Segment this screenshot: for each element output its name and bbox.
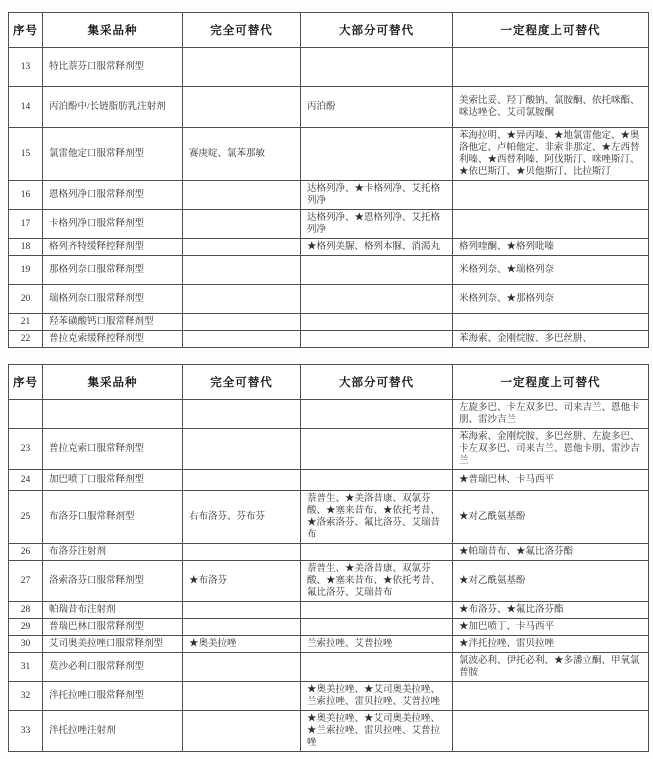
cell-full <box>183 682 301 711</box>
table-row: 28帕瑞昔布注射剂★布洛芬、★氟比洛芬酯 <box>9 602 649 619</box>
cell-full <box>183 285 301 314</box>
cell-some: ★对乙酰氨基酚 <box>453 561 649 602</box>
cell-some: 苯海索、金刚烷胺、多巴丝肼、 <box>453 331 649 348</box>
cell-most: 萘普生、★美洛昔康、双氯芬酸、★塞来昔布、★依托考昔、氟比洛芬、艾瑞昔布 <box>301 561 453 602</box>
column-header-no: 序号 <box>9 13 43 48</box>
cell-no: 17 <box>9 210 43 239</box>
cell-no: 19 <box>9 256 43 285</box>
cell-no: 32 <box>9 682 43 711</box>
table-row: 17卡格列净口服常释剂型达格列净、★恩格列净、艾托格列净 <box>9 210 649 239</box>
document-page: 序号集采品种完全可替代大部分可替代一定程度上可替代13特比萘芬口服常释剂型14丙… <box>0 0 653 759</box>
cell-full <box>183 256 301 285</box>
cell-full <box>183 653 301 682</box>
cell-some: 美索比妥、羟丁酸钠、氯胺酮、依托咪酯、咪达唑仑、艾司氯胺酮 <box>453 87 649 128</box>
table-row: 31莫沙必利口服常释剂型氯波必利、伊托必利、★多潘立酮、甲氧氯普胺 <box>9 653 649 682</box>
table-row: 18格列齐特缓释控释剂型★格列美脲、格列本脲、消渴丸格列喹酮、★格列吡嗪 <box>9 239 649 256</box>
cell-variety: 氯雷他定口服常释剂型 <box>43 128 183 181</box>
cell-most: 萘普生、★美洛昔康、双氯芬酸、★塞来昔布、★依托考昔、★洛索洛芬、氟比洛芬、艾瑞… <box>301 491 453 544</box>
column-header-most: 大部分可替代 <box>301 365 453 400</box>
cell-some: ★对乙酰氨基酚 <box>453 491 649 544</box>
cell-no: 20 <box>9 285 43 314</box>
cell-most <box>301 400 453 429</box>
cell-some: 左旋多巴、卡左双多巴、司来吉兰、恩他卡朋、雷沙吉兰 <box>453 400 649 429</box>
cell-some: ★普瑞巴林、卡马西平 <box>453 470 649 491</box>
cell-some: 格列喹酮、★格列吡嗪 <box>453 239 649 256</box>
cell-full: 右布洛芬、芬布芬 <box>183 491 301 544</box>
cell-variety: 莫沙必利口服常释剂型 <box>43 653 183 682</box>
cell-full <box>183 602 301 619</box>
cell-some: ★布洛芬、★氟比洛芬酯 <box>453 602 649 619</box>
substitution-table-part-2: 序号集采品种完全可替代大部分可替代一定程度上可替代左旋多巴、卡左双多巴、司来吉兰… <box>8 364 649 752</box>
cell-variety: 瑞格列奈口服常释剂型 <box>43 285 183 314</box>
table-row: 23普拉克索口服常释剂型苯海索、金刚烷胺、多巴丝肼、左旋多巴、卡左双多巴、司来吉… <box>9 429 649 470</box>
cell-no: 29 <box>9 619 43 636</box>
substitution-table-part-1: 序号集采品种完全可替代大部分可替代一定程度上可替代13特比萘芬口服常释剂型14丙… <box>8 12 649 348</box>
cell-no: 18 <box>9 239 43 256</box>
table-row: 33泮托拉唑注射剂★奥美拉唑、★艾司奥美拉唑、★兰索拉唑、雷贝拉唑、艾普拉唑 <box>9 711 649 752</box>
column-header-some: 一定程度上可替代 <box>453 365 649 400</box>
cell-no: 33 <box>9 711 43 752</box>
cell-most: ★奥美拉唑、★艾司奥美拉唑、兰索拉唑、雷贝拉唑、艾普拉唑 <box>301 682 453 711</box>
table-row: 30艾司奥美拉唑口服常释剂型★奥美拉唑兰索拉唑、艾普拉唑★泮托拉唑、雷贝拉唑 <box>9 636 649 653</box>
cell-full: ★奥美拉唑 <box>183 636 301 653</box>
column-header-no: 序号 <box>9 365 43 400</box>
cell-full <box>183 331 301 348</box>
cell-variety: 卡格列净口服常释剂型 <box>43 210 183 239</box>
table-row: 26布洛芬注射剂★帕瑞昔布、★氟比洛芬酯 <box>9 544 649 561</box>
column-header-full: 完全可替代 <box>183 13 301 48</box>
cell-variety: 布洛芬口服常释剂型 <box>43 491 183 544</box>
table-row: 左旋多巴、卡左双多巴、司来吉兰、恩他卡朋、雷沙吉兰 <box>9 400 649 429</box>
column-header-most: 大部分可替代 <box>301 13 453 48</box>
cell-most <box>301 331 453 348</box>
cell-some <box>453 682 649 711</box>
cell-full <box>183 48 301 87</box>
cell-variety <box>43 400 183 429</box>
cell-variety: 普拉克索口服常释剂型 <box>43 429 183 470</box>
cell-some: 苯海索、金刚烷胺、多巴丝肼、左旋多巴、卡左双多巴、司来吉兰、恩他卡朋、雷沙吉兰 <box>453 429 649 470</box>
cell-variety: 特比萘芬口服常释剂型 <box>43 48 183 87</box>
cell-no: 14 <box>9 87 43 128</box>
cell-most: 达格列净、★恩格列净、艾托格列净 <box>301 210 453 239</box>
cell-most <box>301 48 453 87</box>
cell-most <box>301 653 453 682</box>
cell-most <box>301 470 453 491</box>
cell-most <box>301 619 453 636</box>
cell-some: ★泮托拉唑、雷贝拉唑 <box>453 636 649 653</box>
column-header-some: 一定程度上可替代 <box>453 13 649 48</box>
cell-most <box>301 602 453 619</box>
cell-no: 21 <box>9 314 43 331</box>
cell-no: 22 <box>9 331 43 348</box>
cell-no <box>9 400 43 429</box>
table-row: 15氯雷他定口服常释剂型赛庚啶、氯苯那敏苯海拉明、★异丙嗪、★地氯雷他定、★奥洛… <box>9 128 649 181</box>
cell-most: ★奥美拉唑、★艾司奥美拉唑、★兰索拉唑、雷贝拉唑、艾普拉唑 <box>301 711 453 752</box>
cell-some <box>453 711 649 752</box>
cell-variety: 洛索洛芬口服常释剂型 <box>43 561 183 602</box>
table-row: 25布洛芬口服常释剂型右布洛芬、芬布芬萘普生、★美洛昔康、双氯芬酸、★塞来昔布、… <box>9 491 649 544</box>
cell-full <box>183 711 301 752</box>
cell-most: 丙泊酚 <box>301 87 453 128</box>
cell-most: 兰索拉唑、艾普拉唑 <box>301 636 453 653</box>
cell-variety: 帕瑞昔布注射剂 <box>43 602 183 619</box>
cell-some <box>453 314 649 331</box>
cell-no: 15 <box>9 128 43 181</box>
cell-no: 31 <box>9 653 43 682</box>
cell-full <box>183 210 301 239</box>
cell-variety: 普拉克索缓释控释剂型 <box>43 331 183 348</box>
cell-variety: 羟苯磺酸钙口服常释剂型 <box>43 314 183 331</box>
cell-variety: 加巴喷丁口服常释剂型 <box>43 470 183 491</box>
header-row: 序号集采品种完全可替代大部分可替代一定程度上可替代 <box>9 365 649 400</box>
table-row: 16恩格列净口服常释剂型达格列净、★卡格列净、艾托格列净 <box>9 181 649 210</box>
cell-some: 氯波必利、伊托必利、★多潘立酮、甲氧氯普胺 <box>453 653 649 682</box>
cell-no: 13 <box>9 48 43 87</box>
cell-no: 24 <box>9 470 43 491</box>
cell-full <box>183 429 301 470</box>
cell-no: 23 <box>9 429 43 470</box>
cell-most: ★格列美脲、格列本脲、消渴丸 <box>301 239 453 256</box>
header-row: 序号集采品种完全可替代大部分可替代一定程度上可替代 <box>9 13 649 48</box>
cell-full <box>183 544 301 561</box>
cell-full <box>183 400 301 429</box>
table-row: 24加巴喷丁口服常释剂型★普瑞巴林、卡马西平 <box>9 470 649 491</box>
table-row: 27洛索洛芬口服常释剂型★布洛芬萘普生、★美洛昔康、双氯芬酸、★塞来昔布、★依托… <box>9 561 649 602</box>
cell-full <box>183 314 301 331</box>
cell-some <box>453 210 649 239</box>
cell-no: 26 <box>9 544 43 561</box>
cell-variety: 泮托拉唑口服常释剂型 <box>43 682 183 711</box>
column-header-variety: 集采品种 <box>43 365 183 400</box>
cell-some: 米格列奈、★那格列奈 <box>453 285 649 314</box>
cell-full <box>183 87 301 128</box>
cell-full: ★布洛芬 <box>183 561 301 602</box>
table-row: 14丙泊酚中/长链脂肪乳注射剂丙泊酚美索比妥、羟丁酸钠、氯胺酮、依托咪酯、咪达唑… <box>9 87 649 128</box>
table-row: 29普瑞巴林口服常释剂型★加巴喷丁、卡马西平 <box>9 619 649 636</box>
cell-some: ★加巴喷丁、卡马西平 <box>453 619 649 636</box>
cell-some: 苯海拉明、★异丙嗪、★地氯雷他定、★奥洛他定、卢帕他定、非索非那定、★左西替利嗪… <box>453 128 649 181</box>
cell-most <box>301 256 453 285</box>
cell-some <box>453 48 649 87</box>
cell-variety: 泮托拉唑注射剂 <box>43 711 183 752</box>
table-row: 13特比萘芬口服常释剂型 <box>9 48 649 87</box>
cell-some <box>453 181 649 210</box>
cell-most <box>301 285 453 314</box>
cell-some: 米格列奈、★瑞格列奈 <box>453 256 649 285</box>
cell-most <box>301 544 453 561</box>
cell-full <box>183 470 301 491</box>
cell-variety: 普瑞巴林口服常释剂型 <box>43 619 183 636</box>
cell-variety: 格列齐特缓释控释剂型 <box>43 239 183 256</box>
cell-full <box>183 181 301 210</box>
cell-most <box>301 314 453 331</box>
cell-full <box>183 619 301 636</box>
table-row: 22普拉克索缓释控释剂型苯海索、金刚烷胺、多巴丝肼、 <box>9 331 649 348</box>
cell-variety: 那格列奈口服常释剂型 <box>43 256 183 285</box>
table-row: 21羟苯磺酸钙口服常释剂型 <box>9 314 649 331</box>
cell-most <box>301 429 453 470</box>
cell-full <box>183 239 301 256</box>
cell-variety: 艾司奥美拉唑口服常释剂型 <box>43 636 183 653</box>
cell-no: 25 <box>9 491 43 544</box>
cell-full: 赛庚啶、氯苯那敏 <box>183 128 301 181</box>
table-row: 32泮托拉唑口服常释剂型★奥美拉唑、★艾司奥美拉唑、兰索拉唑、雷贝拉唑、艾普拉唑 <box>9 682 649 711</box>
table-row: 19那格列奈口服常释剂型米格列奈、★瑞格列奈 <box>9 256 649 285</box>
cell-no: 16 <box>9 181 43 210</box>
cell-variety: 恩格列净口服常释剂型 <box>43 181 183 210</box>
cell-most <box>301 128 453 181</box>
cell-variety: 布洛芬注射剂 <box>43 544 183 561</box>
cell-no: 28 <box>9 602 43 619</box>
column-header-variety: 集采品种 <box>43 13 183 48</box>
cell-some: ★帕瑞昔布、★氟比洛芬酯 <box>453 544 649 561</box>
cell-variety: 丙泊酚中/长链脂肪乳注射剂 <box>43 87 183 128</box>
cell-no: 27 <box>9 561 43 602</box>
cell-most: 达格列净、★卡格列净、艾托格列净 <box>301 181 453 210</box>
column-header-full: 完全可替代 <box>183 365 301 400</box>
table-row: 20瑞格列奈口服常释剂型米格列奈、★那格列奈 <box>9 285 649 314</box>
cell-no: 30 <box>9 636 43 653</box>
